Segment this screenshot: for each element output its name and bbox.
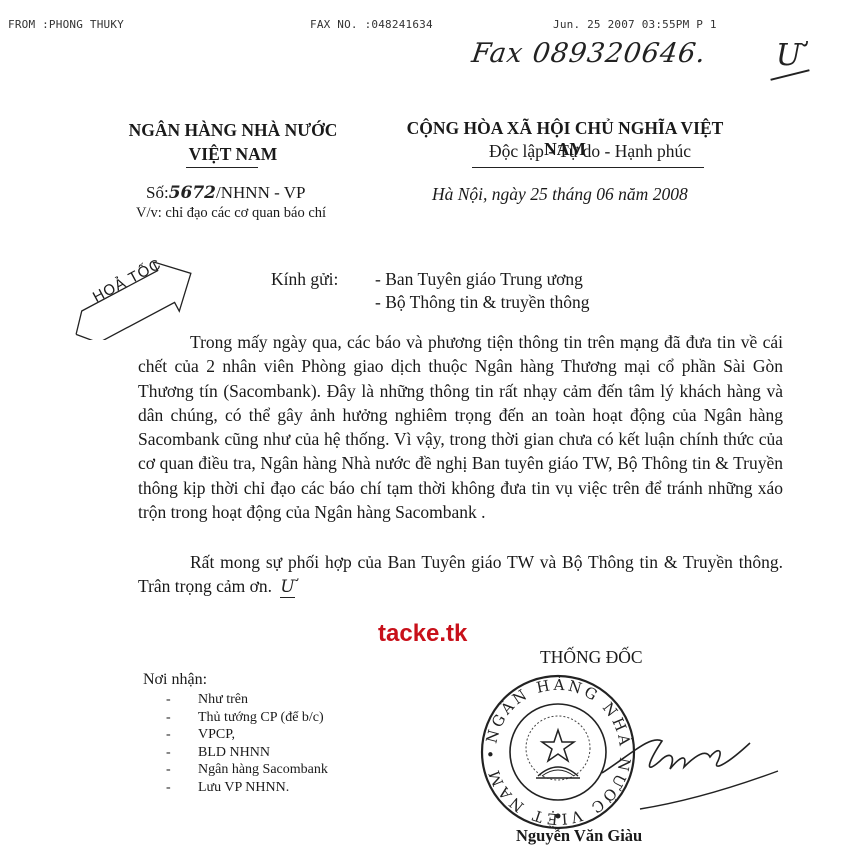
ref-suffix: /NHNN - VP — [216, 183, 305, 202]
signatory-title: THỐNG ĐỐC — [540, 647, 643, 668]
recipient-item: -Lưu VP NHNN. — [160, 779, 328, 797]
subject-line: V/v: chỉ đạo các cơ quan báo chí — [136, 205, 326, 222]
motto-underline — [472, 167, 704, 168]
issuer-underline — [186, 167, 258, 168]
fax-datetime: Jun. 25 2007 03:55PM P 1 — [553, 18, 717, 31]
signatory-name: Nguyễn Văn Giàu — [516, 826, 642, 846]
nation-motto: Độc lập - Tự do - Hạnh phúc — [440, 141, 740, 162]
recipient-item: -Thủ tướng CP (để b/c) — [160, 709, 328, 727]
recipient-item: -Ngân hàng Sacombank — [160, 761, 328, 779]
handwritten-initial-top: Ư — [776, 38, 801, 73]
fax-from: FROM :PHONG THUKY — [8, 18, 124, 31]
issuer-line1: NGÂN HÀNG NHÀ NƯỚC — [108, 118, 358, 142]
urgent-stamp: HOẢ TỐC — [62, 262, 212, 340]
body-paragraph-2-text: Rất mong sự phối hợp của Ban Tuyên giáo … — [138, 552, 783, 596]
signature-scribble-icon — [600, 715, 780, 815]
body-paragraph-1: Trong mấy ngày qua, các báo và phương ti… — [138, 330, 783, 524]
ref-prefix: Số: — [146, 183, 169, 202]
place-date: Hà Nội, ngày 25 tháng 06 năm 2008 — [432, 184, 688, 205]
addressees: Kính gửi: - Ban Tuyên giáo Trung ương - … — [271, 268, 590, 314]
handwritten-initial-inline: Ư — [280, 577, 294, 598]
body-paragraph-2: Rất mong sự phối hợp của Ban Tuyên giáo … — [138, 550, 783, 600]
recipient-item: -VPCP, — [160, 726, 328, 744]
fax-number: FAX NO. :048241634 — [310, 18, 433, 31]
recipient-item: -Như trên — [160, 691, 328, 709]
addressees-label: Kính gửi: — [271, 268, 375, 291]
recipients-list: -Như trên -Thủ tướng CP (để b/c) -VPCP, … — [160, 691, 328, 796]
addressee-item: - Bộ Thông tin & truyền thông — [271, 291, 590, 314]
issuer-header: NGÂN HÀNG NHÀ NƯỚC VIỆT NAM — [108, 118, 358, 166]
addressee-item: - Ban Tuyên giáo Trung ương — [375, 268, 583, 291]
handwritten-fax-note: Fax 089320646. — [470, 38, 708, 69]
body-paragraph-1-text: Trong mấy ngày qua, các báo và phương ti… — [138, 332, 783, 522]
watermark: tacke.tk — [378, 620, 467, 648]
recipient-item: -BLD NHNN — [160, 744, 328, 762]
ref-number-handwritten: 5672 — [169, 183, 216, 203]
recipients-label: Nơi nhận: — [143, 671, 207, 689]
issuer-line2: VIỆT NAM — [108, 142, 358, 166]
reference-number: Số:5672/NHNN - VP — [146, 183, 305, 203]
